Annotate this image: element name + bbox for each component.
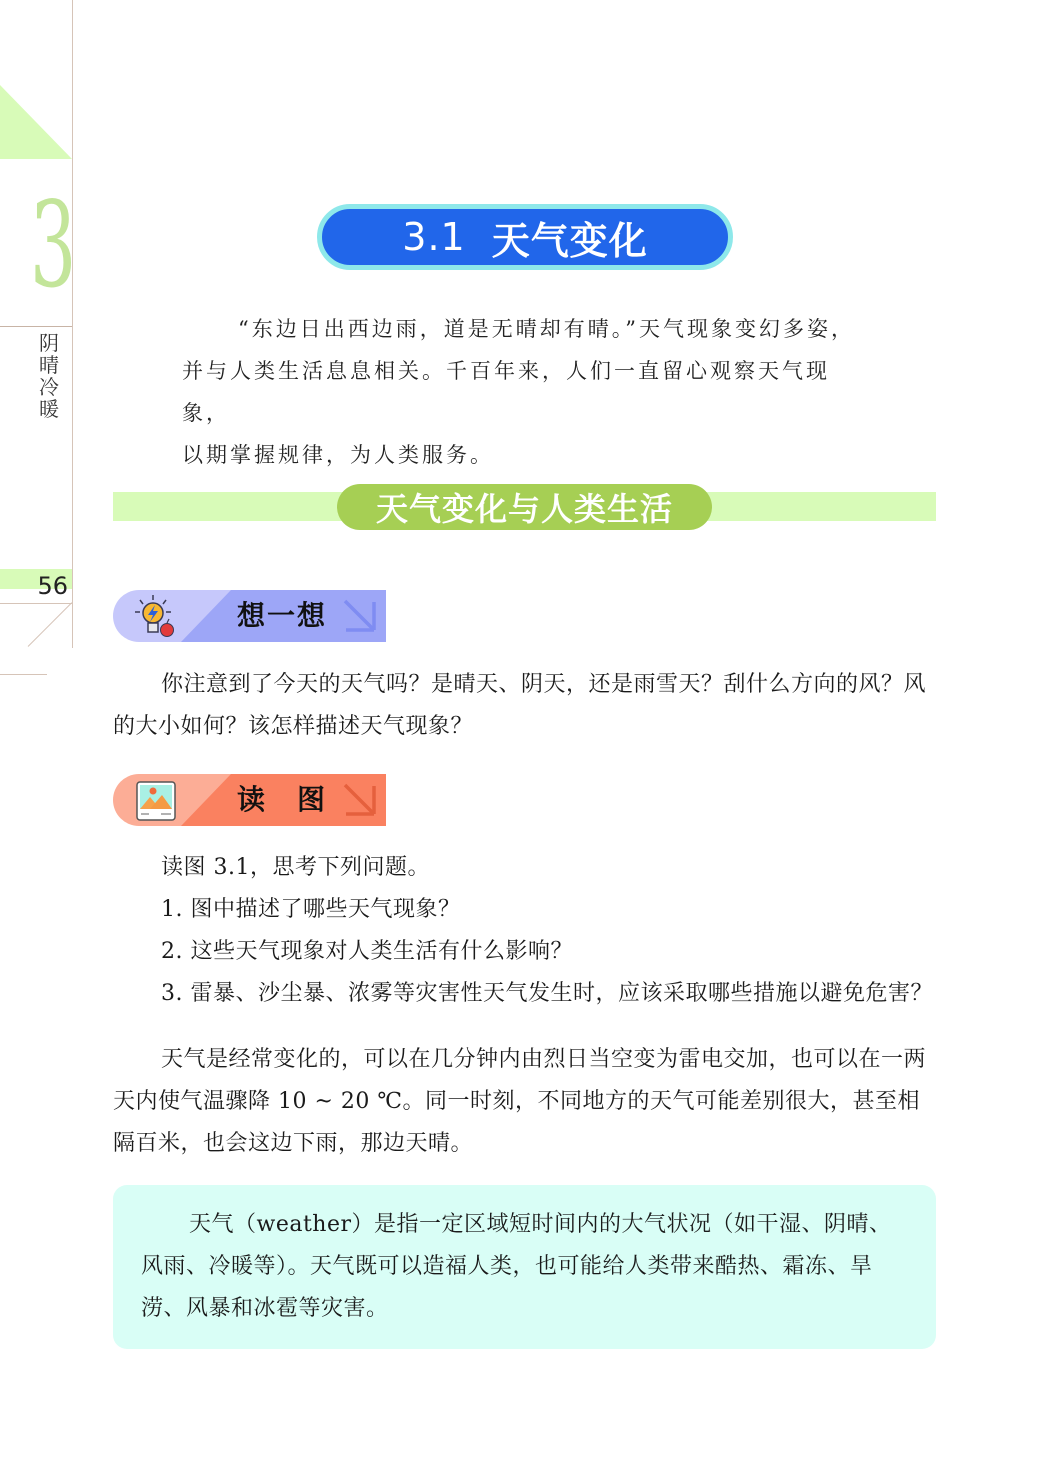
think-question-text: 你注意到了今天的天气吗？是晴天、阴天，还是雨雪天？刮什么方向的风？风的大小如何？…	[113, 664, 936, 748]
page-margin-line	[72, 0, 73, 648]
page-margin-corner	[28, 602, 73, 647]
section-title-text: 天气变化	[492, 210, 648, 265]
page-number: 56	[28, 570, 68, 602]
intro-line: 以期掌握规律，为人类服务。	[182, 434, 872, 476]
chapter-divider	[0, 326, 72, 327]
arrow-down-right-icon	[342, 782, 378, 818]
question-item: 2. 这些天气现象对人类生活有什么影响？	[161, 931, 936, 973]
think-badge: 想一想	[113, 590, 386, 642]
definition-box: 天气（weather）是指一定区域短时间内的大气状况（如干湿、阴晴、风雨、冷暖等…	[113, 1185, 936, 1349]
subsection-title-text: 天气变化与人类生活	[376, 484, 673, 530]
weather-paragraph: 天气是经常变化的，可以在几分钟内由烈日当空变为雷电交加，也可以在一两天内使气温骤…	[113, 1039, 936, 1165]
chapter-title: 阴晴冷暖	[38, 332, 60, 420]
intro-line: “东边日出西边雨，道是无晴却有晴。”天气现象变幻多姿，	[182, 308, 872, 350]
read-map-intro: 读图 3.1，思考下列问题。	[161, 847, 936, 889]
picture-icon	[133, 778, 179, 822]
lightbulb-apple-icon	[133, 594, 179, 638]
intro-paragraph: “东边日出西边雨，道是无晴却有晴。”天气现象变幻多姿， 并与人类生活息息相关。千…	[182, 308, 872, 476]
question-item: 3. 雷暴、沙尘暴、浓雾等灾害性天气发生时，应该采取哪些措施以避免危害？	[161, 973, 936, 1015]
question-item: 1. 图中描述了哪些天气现象？	[161, 889, 936, 931]
page-margin-bottom-line	[0, 674, 47, 675]
read-map-questions: 读图 3.1，思考下列问题。 1. 图中描述了哪些天气现象？ 2. 这些天气现象…	[161, 847, 936, 1015]
subsection-title: 天气变化与人类生活	[337, 484, 712, 530]
arrow-down-right-icon	[342, 598, 378, 634]
chapter-corner-triangle	[0, 85, 72, 159]
chapter-number: 3	[30, 180, 62, 310]
think-question: 你注意到了今天的天气吗？是晴天、阴天，还是雨雪天？刮什么方向的风？风的大小如何？…	[113, 664, 936, 748]
page-number-divider	[0, 603, 72, 604]
intro-line: 并与人类生活息息相关。千百年来，人们一直留心观察天气现象，	[182, 350, 872, 434]
weather-paragraph-text: 天气是经常变化的，可以在几分钟内由烈日当空变为雷电交加，也可以在一两天内使气温骤…	[113, 1039, 936, 1165]
think-badge-label: 想一想	[237, 590, 327, 642]
read-map-badge-label: 读 图	[237, 774, 327, 826]
definition-text: 天气（weather）是指一定区域短时间内的大气状况（如干湿、阴晴、风雨、冷暖等…	[141, 1204, 908, 1330]
section-number: 3.1	[402, 215, 465, 259]
section-title: 3.1 天气变化	[317, 204, 733, 270]
read-map-badge: 读 图	[113, 774, 386, 826]
